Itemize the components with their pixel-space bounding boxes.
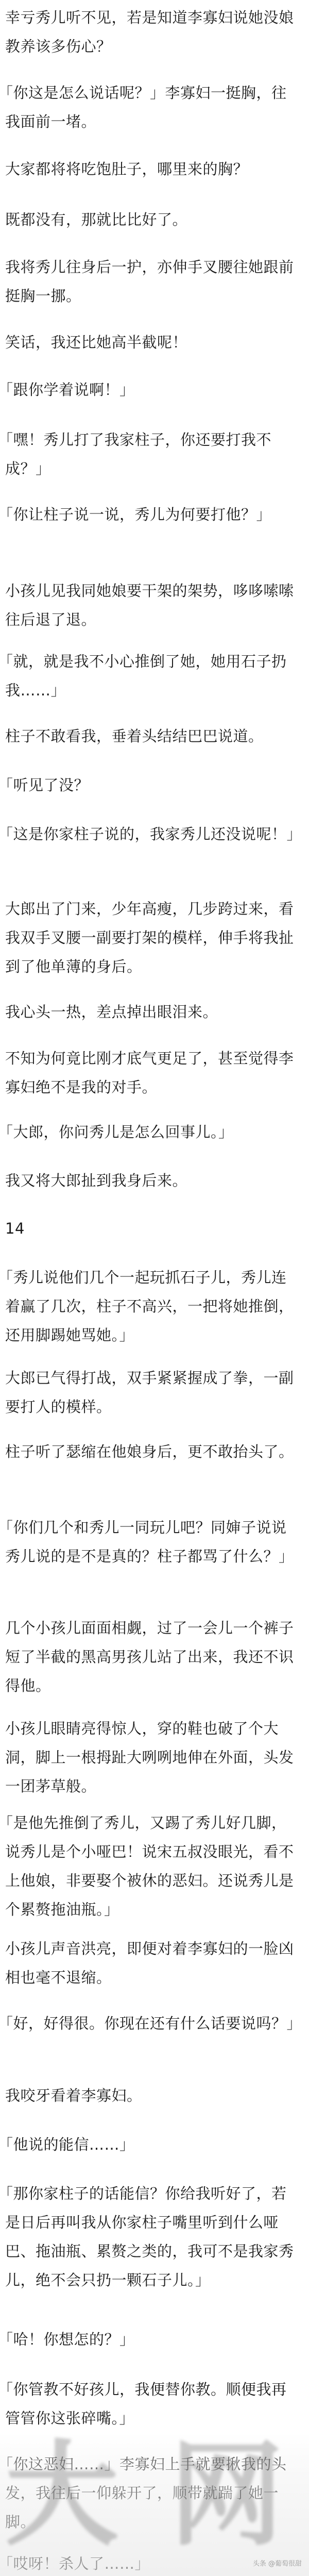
paragraph: 「大郎，你问秀儿是怎么回事儿。」	[5, 1118, 301, 1146]
paragraph: 「他说的能信……」	[5, 2130, 301, 2159]
paragraph: 「听见了没？	[5, 771, 301, 800]
paragraph: 大郎出了门来，少年高瘦，几步跨过来，看我双手叉腰一副要打架的模样，伸手将我扯到了…	[5, 894, 301, 981]
paragraph: 我心头一热，差点掉出眼泪来。	[5, 998, 301, 1026]
paragraph: 幸亏秀儿听不见，若是知道李寡妇说她没娘教养该多伤心？	[5, 3, 301, 61]
source-credit: 头条 @葡萄很甜	[253, 2558, 302, 2568]
paragraph: 「你让柱子说一说，秀儿为何要打他？」	[5, 500, 301, 529]
paragraph: 柱子不敢看我，垂着头结结巴巴说道。	[5, 722, 301, 751]
paragraph: 大家都将将吃饱肚子，哪里来的胸？	[5, 155, 301, 184]
chapter-number: 14	[5, 1214, 301, 1243]
paragraph: 既都没有，那就比比好了。	[5, 205, 301, 234]
paragraph: 小孩儿眼睛亮得惊人，穿的鞋也破了个大洞，脚上一根拇趾大咧咧地伸在外面，头发一团茅…	[5, 1714, 301, 1801]
paragraph: 小孩儿声音洪亮，即便对着李寡妇的一脸凶相也毫不退缩。	[5, 1934, 301, 1992]
paragraph: 几个小孩儿面面相觑，过了一会儿一个裤子短了半截的黑高男孩儿站了出来，我还不识得他…	[5, 1614, 301, 1700]
paragraph: 「哈！你想怎的？」	[5, 2325, 301, 2354]
paragraph: 「嘿！秀儿打了我家柱子，你还要打我不成？」	[5, 425, 301, 483]
paragraph: 我将秀儿往身后一护，亦伸手叉腰往她跟前挺胸一挪。	[5, 253, 301, 310]
paragraph: 「好，好得很。你现在还有什么话要说吗？」	[5, 2009, 301, 2038]
paragraph: 笑话，我还比她高半截呢！	[5, 328, 301, 357]
paragraph: 「你这是怎么说话呢？」李寡妇一挺胸，往我面前一堵。	[5, 78, 301, 136]
paragraph: 「你们几个和秀儿一同玩儿吧？同婶子说说秀儿说的是不是真的？柱子都骂了什么？」	[5, 1513, 301, 1571]
paragraph: 「那你家柱子的话能信？你给我听好了，若是日后再叫我从你家柱子嘴里听到什么哑巴、拖…	[5, 2179, 301, 2295]
paragraph: 小孩儿见我同她娘要干架的架势，哆哆嗦嗦往后退了退。	[5, 576, 301, 634]
paragraph: 柱子听了瑟缩在他娘身后，更不敢抬头了。	[5, 1437, 301, 1466]
paragraph: 「跟你学着说啊！」	[5, 375, 301, 404]
paragraph: 大郎已气得打战，双手紧紧握成了拳，一副要打人的模样。	[5, 1364, 301, 1421]
paragraph: 「你管教不好孩儿，我便替你教。顺便我再管管你这张碎嘴。」	[5, 2375, 301, 2433]
paragraph: 「秀儿说他们几个一起玩抓石子儿，秀儿连着赢了几次，柱子不高兴，一把将她推倒，还用…	[5, 1263, 301, 1350]
paragraph: 「就，就是我不小心推倒了她，她用石子扔我……」	[5, 647, 301, 705]
paragraph: 不知为何竟比刚才底气更足了，甚至觉得李寡妇绝不是我的对手。	[5, 1044, 301, 1102]
paragraph: 我又将大郎扯到我身后来。	[5, 1166, 301, 1195]
paragraph: 「是他先推倒了秀儿，又踢了秀儿好几脚，说秀儿是个小哑巴！说宋五叔没眼光，看不上他…	[5, 1808, 301, 1924]
paragraph: 「你这恶妇……」李寡妇上手就要揪我的头发，我往后一仰躲开了，顺带就踹了她一脚。	[5, 2450, 301, 2536]
paragraph: 我咬牙看着李寡妇。	[5, 2081, 301, 2110]
paragraph: 「这是你家柱子说的，我家秀儿还没说呢！」	[5, 820, 301, 849]
